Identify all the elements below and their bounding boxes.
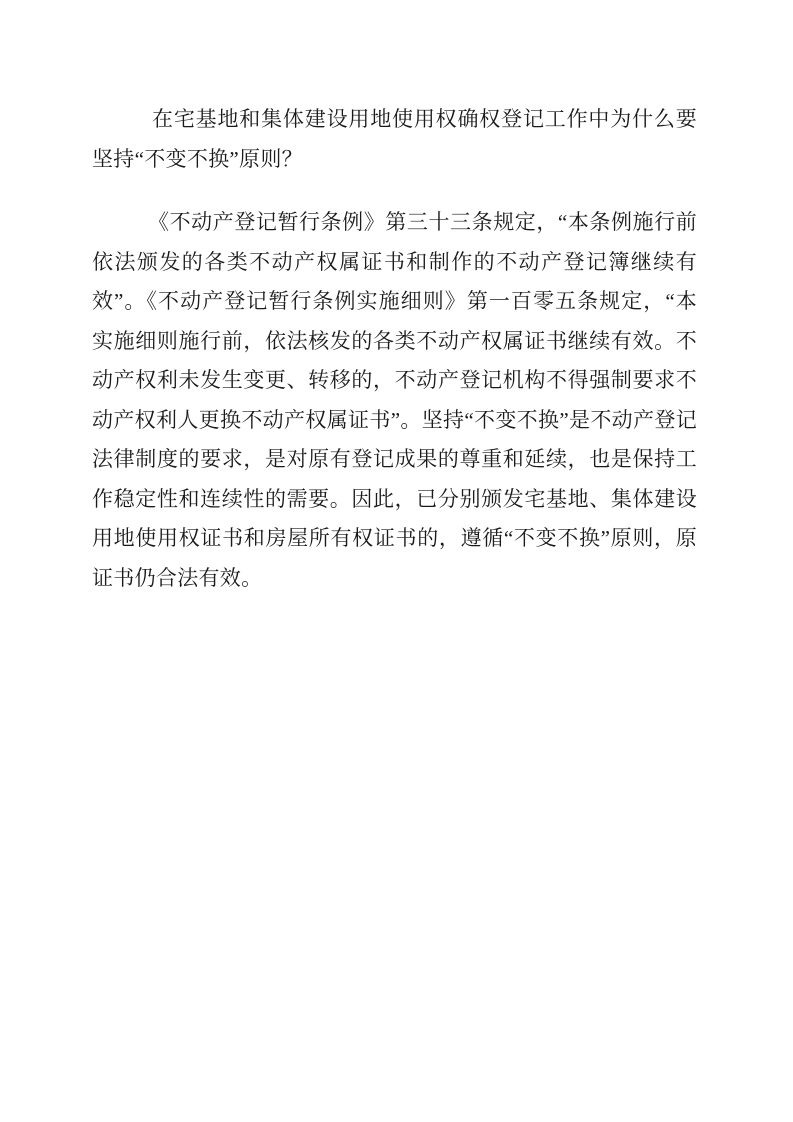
document-page: 在宅基地和集体建设用地使用权确权登记工作中为什么要坚持“不变不换”原则？ 《不动…: [0, 0, 793, 1122]
answer-paragraph: 《不动产登记暂行条例》第三十三条规定，“本条例施行前依法颁发的各类不动产权属证书…: [92, 203, 697, 598]
document-content: 在宅基地和集体建设用地使用权确权登记工作中为什么要坚持“不变不换”原则？ 《不动…: [92, 100, 697, 598]
question-paragraph: 在宅基地和集体建设用地使用权确权登记工作中为什么要坚持“不变不换”原则？: [92, 100, 697, 179]
